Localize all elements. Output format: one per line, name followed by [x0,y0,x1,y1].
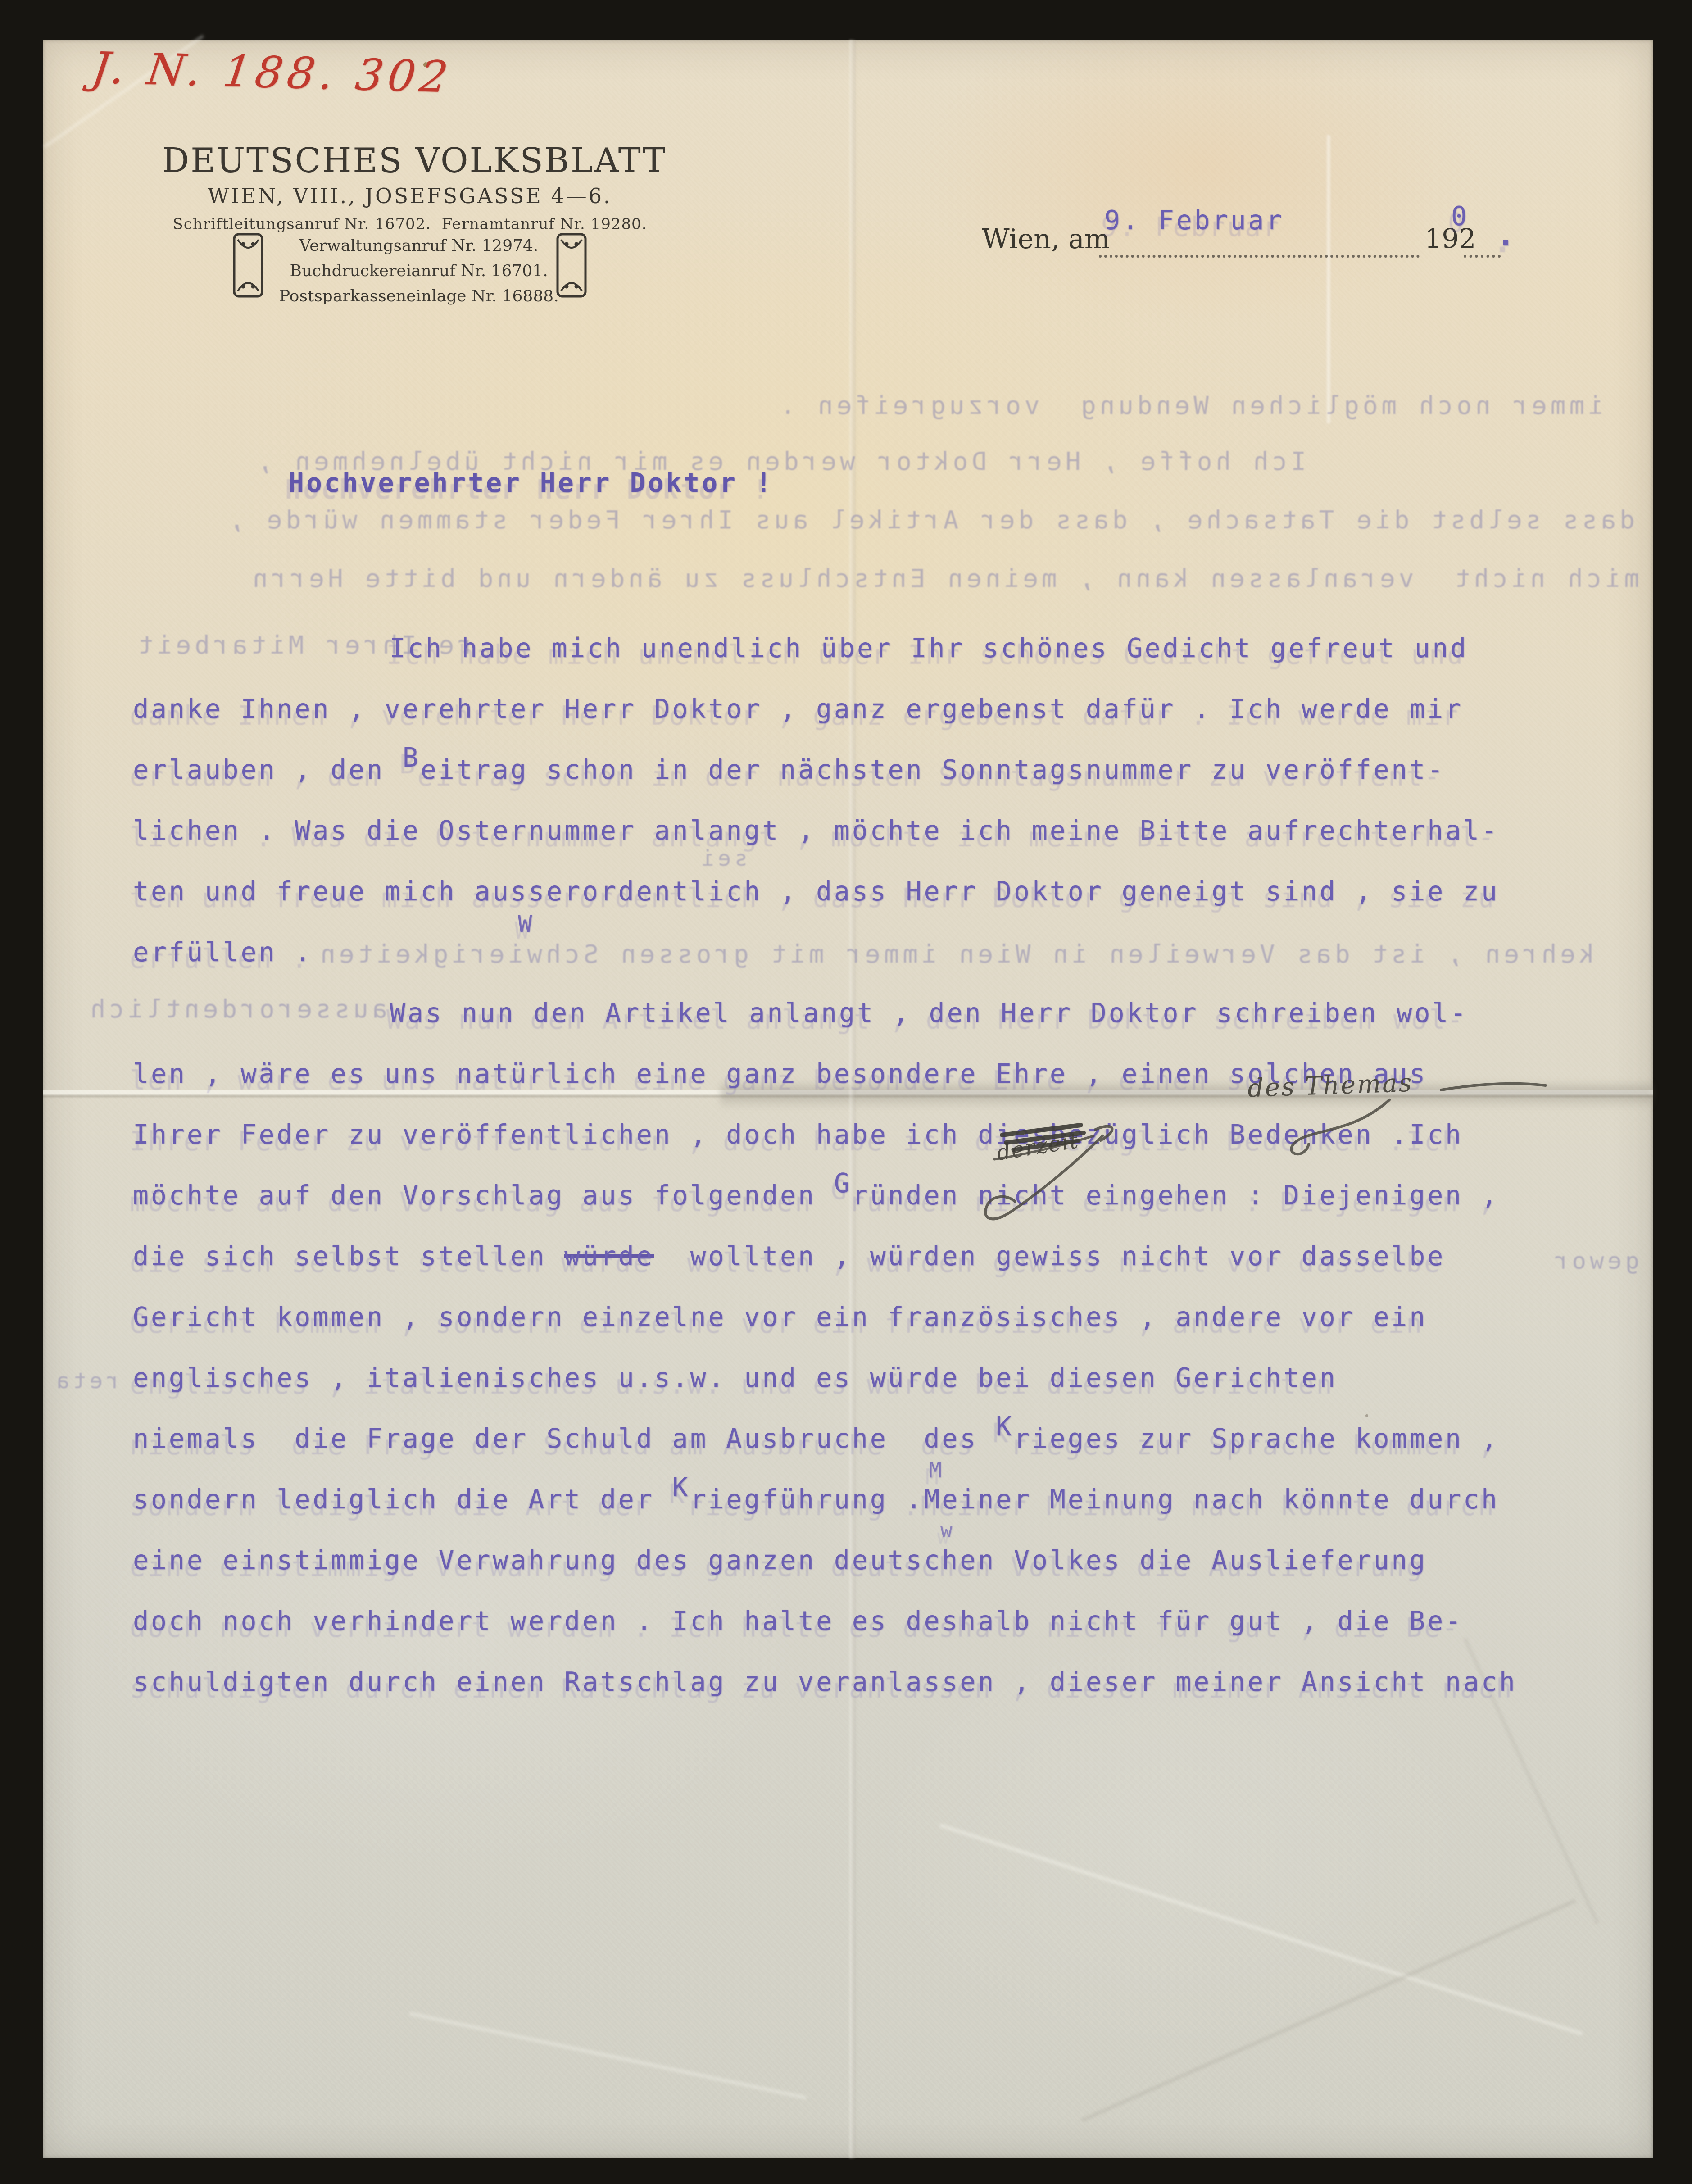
typed-line: eine einstimmige Verwahrung des ganzen d… [133,1545,1427,1576]
typed-segment: eine einstimmige Verwahrung des ganzen d… [133,1545,1427,1576]
typed-segment: erlauben , den [133,754,403,785]
typed-segment: schuldigten durch einen Ratschlag zu ver… [133,1666,1517,1697]
typed-line: lichen . Was die Osternummer anlangt , m… [133,815,1499,846]
typed-line: Gericht kommen , sondern einzelne vor ei… [133,1302,1427,1332]
typed-line: sondern lediglich die Art der Kriegführu… [133,1484,1499,1515]
typed-segment: möchte auf den Vorschlag aus folgenden [133,1180,834,1211]
typed-line: englisches , italienisches u.s.w. und es… [133,1362,1338,1393]
typed-segment: wollten , würden gewiss nicht vor dassel… [654,1241,1445,1271]
typed-segment-strike-purple: würde [564,1241,654,1271]
typed-line: doch noch verhindert werden . Ich halte … [133,1606,1463,1636]
letterhead-contact-line: Buchdruckereianruf Nr. 16701. [279,259,558,284]
typed-segment: erfüllen . [133,937,313,967]
typed-line: Ihrer Feder zu veröffentlichen , doch ha… [133,1119,1463,1150]
typed-line: möchte auf den Vorschlag aus folgenden G… [133,1180,1499,1211]
date-dotted-line [1099,234,1420,258]
typed-segment: lichen . Was die Osternummer anlangt , m… [133,815,1499,846]
date-typed-period: . [1496,216,1517,253]
typed-segment: Gericht kommen , sondern einzelne vor ei… [133,1302,1427,1332]
typed-line: len , wäre es uns natürlich eine ganz be… [133,1058,1427,1089]
typed-segment-sup: B [403,742,421,773]
typed-line: danke Ihnen , verehrter Herr Doktor , ga… [133,694,1463,724]
typed-segment: doch noch verhindert werden . Ich halte … [133,1606,1463,1636]
archival-number-handwritten: J. N. 188. 302 [89,43,455,103]
bleedthrough-line: kehren , ist das Verweilen in Wien immer… [243,940,1594,969]
date-typed-day-month: 9. Februar [1104,205,1284,236]
letterhead-contact-line: Verwaltungsanruf Nr. 12974. [279,233,558,259]
typed-segment: eitrag schon in der nächsten Sonntagsnum… [421,754,1445,785]
scanned-letter-page: immer noch möglichen Wendung vorzugreife… [0,0,1692,2184]
typed-segment: bezüglich Bedenken .Ich [1050,1119,1463,1150]
typed-segment: die sich selbst stellen [133,1241,564,1271]
letterhead-phone-line: Schriftleitungsanruf Nr. 16702. Fernamta… [162,215,658,233]
typed-segment: Was nun den Artikel anlangt , den Herr D… [390,998,1468,1028]
letterhead-title: DEUTSCHES VOLKSBLATT [162,141,658,180]
typed-line: erfüllen . [133,937,313,967]
typed-segment: ründen nicht eingehen : Diejenigen , [852,1180,1499,1211]
paper-sheet [43,40,1653,2158]
typed-segment: danke Ihnen , verehrter Herr Doktor , ga… [133,694,1463,724]
typed-segment: Ich habe mich unendlich über Ihr schönes… [390,633,1468,663]
bleedthrough-line: reta [43,1368,119,1394]
typed-segment: englisches , italienisches u.s.w. und es… [133,1362,1338,1393]
bleedthrough-line: sei [685,846,748,871]
bleedthrough-line: immer noch möglichen Wendung vorzugreife… [162,391,1603,420]
letterhead-contact-line: Postsparkasseneinlage Nr. 16888. [279,284,558,309]
bleedthrough-line: dass selbst die Tatsache , dass der Arti… [194,505,1635,535]
letterhead-address: WIEN, VIII., JOSEFSGASSE 4—6. [162,184,658,208]
typed-segment: sondern lediglich die Art der [133,1484,672,1515]
date-typed-year-digit: 0 [1451,201,1469,232]
date-dotted-line-short [1464,234,1501,258]
typed-segment-sup: K [672,1472,690,1503]
typed-segment: rieges zur Sprache kommen , [1014,1423,1499,1454]
typed-line: die sich selbst stellen würde wollten , … [133,1241,1445,1271]
pencil-annotation-des-themas: des Themas [1247,1068,1413,1103]
typed-segment-sup: K [996,1411,1014,1442]
typed-line: Was nun den Artikel anlangt , den Herr D… [390,998,1468,1028]
typed-line: ten und freue mich ausserordentlich , da… [133,876,1499,907]
typed-line: schuldigten durch einen Ratschlag zu ver… [133,1666,1517,1697]
typed-segment: niemals die Frage der Schuld am Ausbruch… [133,1423,996,1454]
letterhead-ornament-right [556,232,587,298]
typed-line: niemals die Frage der Schuld am Ausbruch… [133,1423,1499,1454]
bleedthrough-line: mich nicht veranlassen kann , meinen Ent… [198,564,1639,593]
typed-segment: len , wäre es uns natürlich eine ganz be… [133,1058,1427,1089]
typed-segment-sup: G [834,1168,852,1199]
typed-segment: Ihrer Feder zu veröffentlichen , doch ha… [133,1119,978,1150]
letterhead-contact-block: Verwaltungsanruf Nr. 12974.Buchdruckerei… [279,233,558,309]
typed-line: erlauben , den Beitrag schon in der näch… [133,754,1445,785]
date-printed-prefix: Wien, am [982,223,1110,255]
typed-correction-w-below: w [940,1519,955,1542]
typed-segment: riegführung .Meiner Meinung nach könnte … [690,1484,1499,1515]
typed-line: Ich habe mich unendlich über Ihr schönes… [390,633,1468,663]
letterhead-ornament-left [232,232,264,298]
bleedthrough-line: gewor [1536,1248,1639,1275]
typed-correction-m-above: M [929,1458,944,1483]
salutation: Hochverehrter Herr Doktor ! [288,468,774,498]
bleedthrough-line: ausserordentlich [117,994,387,1024]
typed-segment: ten und freue mich ausserordentlich , da… [133,876,1499,907]
typed-correction-w: W [518,911,534,938]
